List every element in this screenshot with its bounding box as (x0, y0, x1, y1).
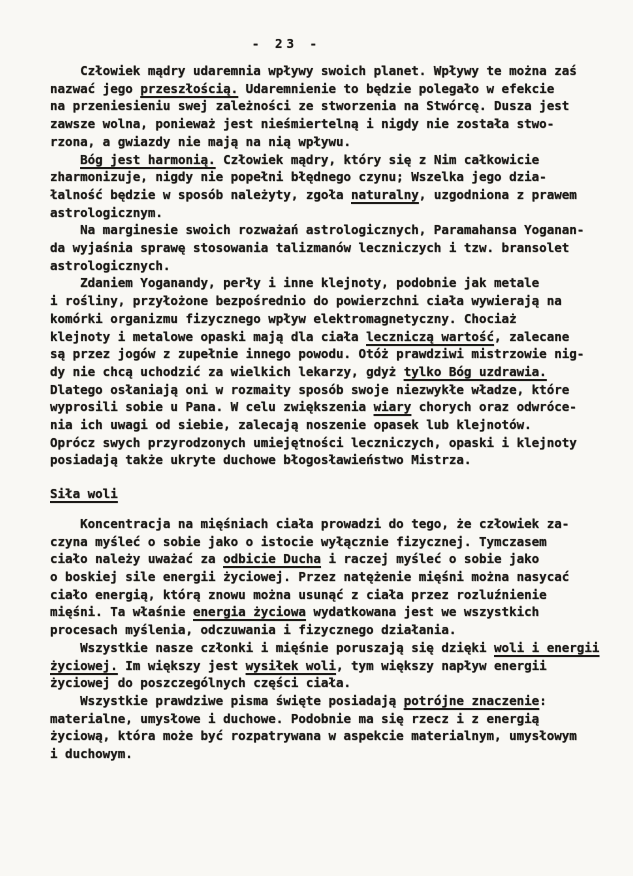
text-line: życiowej. Im większy jest wysiłek woli, … (50, 657, 595, 675)
text-line: Siła woli (50, 485, 595, 503)
text-segment: astrologicznych. (50, 258, 170, 273)
text-segment: materialne, umysłowe i duchowe. Podobnie… (50, 711, 539, 726)
text-segment: procesach myślenia, odczuwania i fizyczn… (50, 622, 456, 637)
text-line: wyprosili sobie u Pana. W celu zwiększen… (50, 398, 595, 416)
underlined-text: Siła woli (50, 486, 118, 501)
underlined-text: woli i energii (494, 640, 599, 655)
text-segment (50, 152, 80, 167)
section-heading: Siła woli (50, 485, 595, 503)
text-line: na przeniesieniu swej zależności ze stwo… (50, 97, 595, 115)
paragraph: Człowiek mądry udaremnia wpływy swoich p… (50, 62, 595, 151)
text-segment: , uzgodniona z prawem (419, 187, 577, 202)
text-segment: życiową, która może być rozpatrywana w a… (50, 728, 577, 743)
text-line: da wyjaśnia sprawę stosowania talizmanów… (50, 239, 595, 257)
text-segment: życiowej do poszczególnych części ciała. (50, 675, 351, 690)
text-segment: nia ich uwagi od siebie, zalecają noszen… (50, 417, 532, 432)
text-line: zawsze wolna, ponieważ jest nieśmierteln… (50, 115, 595, 133)
text-line: o boskiej sile energii życiowej. Przez n… (50, 568, 595, 586)
text-line: są przez jogów z zupełnie innego powodu.… (50, 345, 595, 363)
text-line: Człowiek mądry udaremnia wpływy swoich p… (50, 62, 595, 80)
text-segment: , tym większy napływ energii (336, 658, 547, 673)
text-segment: i raczej myśleć o sobie jako (321, 551, 539, 566)
text-segment: łalność będzie w sposób należyty, zgoła (50, 187, 351, 202)
text-line: ciało należy uważać za odbicie Ducha i r… (50, 550, 595, 568)
text-line: nia ich uwagi od siebie, zalecają noszen… (50, 416, 595, 434)
text-line: dy nie chcą uchodzić za wielkich lekarzy… (50, 363, 595, 381)
document-page: - 23 - Człowiek mądry udaremnia wpływy s… (0, 0, 633, 876)
text-segment: chorych oraz odwróce- (411, 399, 577, 414)
underlined-text: naturalny (351, 187, 419, 202)
paragraph: Wszystkie prawdziwe pisma święte posiada… (50, 692, 595, 763)
text-line: czyna myśleć o sobie jako o istocie wyłą… (50, 533, 595, 551)
text-line: nazwać jego przeszłością. Udaremnienie t… (50, 80, 595, 98)
text-segment: komórki organizmu fizycznego wpływ elekt… (50, 311, 517, 326)
underlined-text: leczniczą wartość (366, 329, 494, 344)
text-segment: wyprosili sobie u Pana. W celu zwiększen… (50, 399, 374, 414)
text-segment: : (539, 693, 547, 708)
page-number: - 23 - (0, 36, 603, 51)
text-segment: Człowiek mądry udaremnia wpływy swoich p… (50, 63, 577, 78)
text-segment: nazwać jego (50, 81, 140, 96)
underlined-text: odbicie Ducha (223, 551, 321, 566)
text-line: Wszystkie nasze członki i mięśnie porusz… (50, 639, 595, 657)
text-line: zharmonizuje, nigdy nie popełni błędnego… (50, 168, 595, 186)
text-line: procesach myślenia, odczuwania i fizyczn… (50, 621, 595, 639)
paragraph: Zdaniem Yoganandy, perły i inne klejnoty… (50, 274, 595, 469)
underlined-text: Bóg jest harmonią. (80, 152, 215, 167)
text-line: rzona, a gwiazdy nie mają na nią wpływu. (50, 133, 595, 151)
text-segment: i rośliny, przyłożone bezpośrednio do po… (50, 293, 562, 308)
document-content: Człowiek mądry udaremnia wpływy swoich p… (50, 62, 595, 763)
text-segment: o boskiej sile energii życiowej. Przez n… (50, 569, 569, 584)
text-line: Na marginesie swoich rozważań astrologic… (50, 221, 595, 239)
text-segment: Wszystkie prawdziwe pisma święte posiada… (50, 693, 404, 708)
text-segment: klejnoty i metalowe opaski mają dla ciał… (50, 329, 366, 344)
text-line: Dlatego osłaniają oni w rozmaity sposób … (50, 381, 595, 399)
text-segment: na przeniesieniu swej zależności ze stwo… (50, 98, 569, 113)
text-segment: , zalecane (494, 329, 569, 344)
text-segment: są przez jogów z zupełnie innego powodu.… (50, 346, 584, 361)
underlined-text: wysiłek woli (246, 658, 336, 673)
text-segment: wydatkowana jest we wszystkich (306, 604, 539, 619)
text-line: posiadają także ukryte duchowe błogosław… (50, 451, 595, 469)
underlined-text: życiowej. (50, 658, 118, 673)
text-line: ciało energią, którą znowu można usunąć … (50, 586, 595, 604)
text-line: astrologicznym. (50, 204, 595, 222)
text-line: klejnoty i metalowe opaski mają dla ciał… (50, 328, 595, 346)
text-line: Wszystkie prawdziwe pisma święte posiada… (50, 692, 595, 710)
text-segment: astrologicznym. (50, 205, 163, 220)
underlined-text: energia życiowa (193, 604, 306, 619)
text-segment: Człowiek mądry, który się z Nim całkowic… (216, 152, 540, 167)
paragraph: Koncentracja na mięśniach ciała prowadzi… (50, 515, 595, 639)
text-line: mięśni. Ta właśnie energia życiowa wydat… (50, 603, 595, 621)
text-segment: rzona, a gwiazdy nie mają na nią wpływu. (50, 134, 351, 149)
underlined-text: wiary (374, 399, 412, 414)
text-line: i rośliny, przyłożone bezpośrednio do po… (50, 292, 595, 310)
text-line: Koncentracja na mięśniach ciała prowadzi… (50, 515, 595, 533)
text-segment: Na marginesie swoich rozważań astrologic… (50, 222, 584, 237)
text-segment: zharmonizuje, nigdy nie popełni błędnego… (50, 169, 547, 184)
text-segment: zawsze wolna, ponieważ jest nieśmierteln… (50, 116, 554, 131)
underlined-text: potrójne znaczenie (404, 693, 539, 708)
text-line: życiową, która może być rozpatrywana w a… (50, 727, 595, 745)
text-line: materialne, umysłowe i duchowe. Podobnie… (50, 710, 595, 728)
text-segment: ciało energią, którą znowu można usunąć … (50, 587, 547, 602)
text-segment: da wyjaśnia sprawę stosowania talizmanów… (50, 240, 569, 255)
text-segment: Koncentracja na mięśniach ciała prowadzi… (50, 516, 569, 531)
text-segment: Im większy jest (118, 658, 246, 673)
text-line: Zdaniem Yoganandy, perły i inne klejnoty… (50, 274, 595, 292)
text-line: komórki organizmu fizycznego wpływ elekt… (50, 310, 595, 328)
text-line: astrologicznych. (50, 257, 595, 275)
underlined-text: tylko Bóg uzdrawia. (404, 364, 547, 379)
text-segment: Oprócz swych przyrodzonych umiejętności … (50, 435, 577, 450)
text-segment: dy nie chcą uchodzić za wielkich lekarzy… (50, 364, 404, 379)
text-segment: Udaremnienie to będzie polegało w efekci… (238, 81, 554, 96)
paragraph: Bóg jest harmonią. Człowiek mądry, który… (50, 151, 595, 222)
text-segment: ciało należy uważać za (50, 551, 223, 566)
text-line: łalność będzie w sposób należyty, zgoła … (50, 186, 595, 204)
text-line: życiowej do poszczególnych części ciała. (50, 674, 595, 692)
text-segment: mięśni. Ta właśnie (50, 604, 193, 619)
text-line: i duchowym. (50, 745, 595, 763)
paragraph: Na marginesie swoich rozważań astrologic… (50, 221, 595, 274)
text-segment: Wszystkie nasze członki i mięśnie porusz… (50, 640, 494, 655)
text-line: Bóg jest harmonią. Człowiek mądry, który… (50, 151, 595, 169)
text-segment: i duchowym. (50, 746, 133, 761)
text-segment: Zdaniem Yoganandy, perły i inne klejnoty… (50, 275, 539, 290)
text-segment: Dlatego osłaniają oni w rozmaity sposób … (50, 382, 569, 397)
text-segment: czyna myśleć o sobie jako o istocie wyłą… (50, 534, 547, 549)
underlined-text: przeszłością. (140, 81, 238, 96)
paragraph: Wszystkie nasze członki i mięśnie porusz… (50, 639, 595, 692)
text-segment: posiadają także ukryte duchowe błogosław… (50, 452, 471, 467)
text-line: Oprócz swych przyrodzonych umiejętności … (50, 434, 595, 452)
